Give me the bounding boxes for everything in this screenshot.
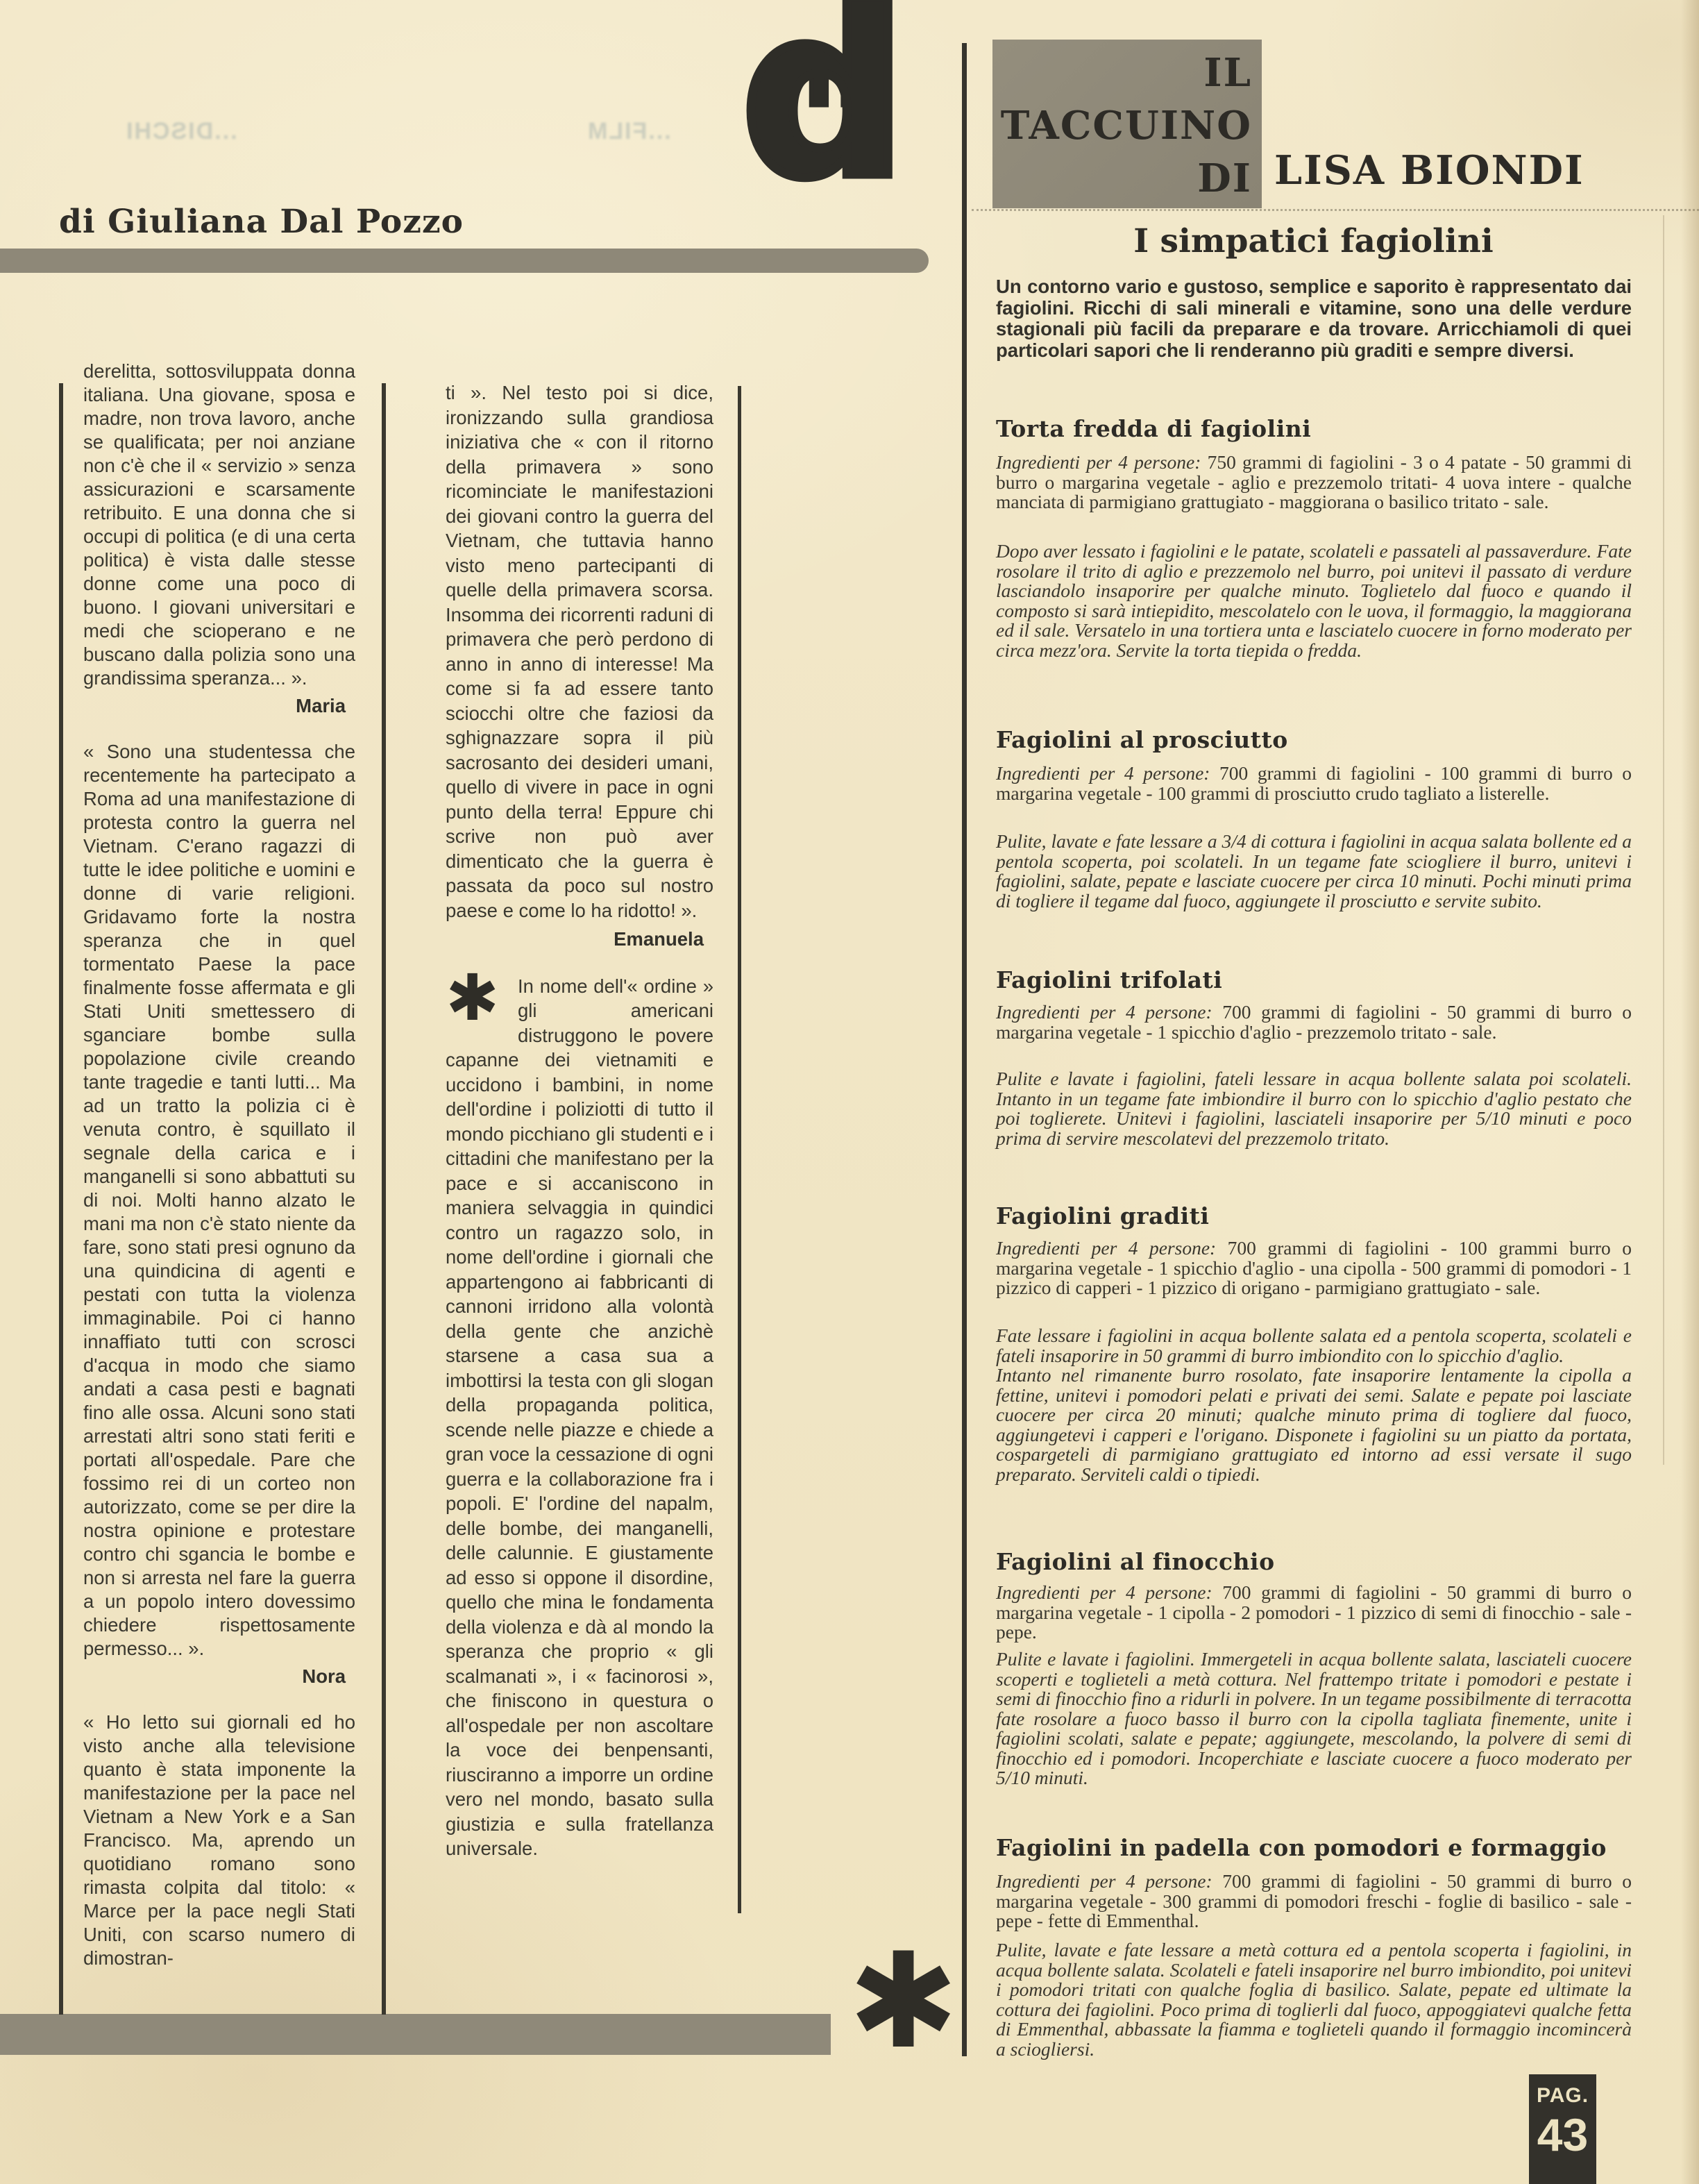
logo-letter-d: d <box>741 0 908 211</box>
page-number-label: PAG. <box>1529 2084 1596 2108</box>
ingredients-label: Ingredienti per 4 persone: <box>996 1870 1212 1892</box>
header-line-il: IL <box>992 47 1252 99</box>
header-underline <box>972 209 1699 211</box>
recipe-ingredients: Ingredienti per 4 persone: 700 grammi di… <box>996 1002 1632 1042</box>
letter-paragraph: « Ho letto sui giornali ed ho visto anch… <box>83 1711 355 1970</box>
recipe-method: Pulite e lavate i fagiolini. Immergeteli… <box>996 1649 1632 1788</box>
letter-paragraph: ti ». Nel testo poi si dice, ironizzando… <box>446 380 713 923</box>
letters-column-1: derelitta, sottosviluppata donna italian… <box>83 360 355 1970</box>
recipe-method: Pulite, lavate e fate lessare a 3/4 di c… <box>996 832 1632 911</box>
recipe-ingredients: Ingredienti per 4 persone: 700 grammi di… <box>996 1872 1632 1931</box>
column-rule-middle <box>738 386 741 1913</box>
header-line-taccuino: TACCUINO <box>992 99 1252 152</box>
letter-paragraph-with-asterisk: ✱In nome dell'« ordine » gli americani d… <box>446 974 713 1861</box>
header-line-di: DI <box>992 152 1252 205</box>
recipe-title: Fagiolini al prosciutto <box>996 726 1288 753</box>
byline: di Giuliana Dal Pozzo <box>59 203 545 241</box>
letter-paragraph: « Sono una studentessa che recentemente … <box>83 740 355 1661</box>
page-number: 43 <box>1529 2108 1596 2162</box>
ghost-text-film: ...FILM <box>586 118 671 145</box>
taccuino-header-box: IL TACCUINO DI <box>992 40 1262 208</box>
letters-column-2: ti ». Nel testo poi si dice, ironizzando… <box>446 380 713 1861</box>
page-edge-shadow <box>1681 0 1699 2184</box>
column-rule-left-inner <box>382 383 386 2015</box>
ingredients-label: Ingredienti per 4 persone: <box>996 1237 1216 1259</box>
recipe-title: Fagiolini graditi <box>996 1202 1209 1229</box>
recipe-ingredients: Ingredienti per 4 persone: 700 grammi di… <box>996 1583 1632 1643</box>
nd-magazine-logo: * n d <box>746 21 940 250</box>
ingredients-label: Ingredienti per 4 persone: <box>996 1581 1212 1603</box>
recipe-ingredients: Ingredienti per 4 persone: 700 grammi di… <box>996 1238 1632 1298</box>
letter-paragraph-text: In nome dell'« ordine » gli americani di… <box>446 975 713 1860</box>
bottom-gray-bar <box>0 2014 831 2055</box>
big-asterisk-icon: ✱ <box>848 1935 958 2067</box>
paper-crease <box>1663 215 1664 1465</box>
page-number-box: PAG. 43 <box>1529 2074 1596 2184</box>
article-intro: Un contorno vario e gustoso, semplice e … <box>996 276 1632 361</box>
recipe-title: Torta fredda di fagiolini <box>996 415 1311 442</box>
recipe-method: Fate lessare i fagiolini in acqua bollen… <box>996 1326 1632 1484</box>
ghost-text-dischi: ...DISCHI <box>125 118 237 145</box>
magazine-page: ...DISCHI ...FILM * n d di Giuliana Dal … <box>0 0 1699 2184</box>
top-gray-bar <box>0 249 929 273</box>
recipe-ingredients: Ingredienti per 4 persone: 750 grammi di… <box>996 453 1632 512</box>
recipe-title: Fagiolini al finocchio <box>996 1548 1275 1575</box>
page-divider-rule <box>962 43 967 2056</box>
column-rule-left-outer <box>59 383 63 2015</box>
recipe-title: Fagiolini trifolati <box>996 966 1222 993</box>
letter-signature: Nora <box>83 1665 355 1688</box>
recipe-method: Dopo aver lessato i fagiolini e le patat… <box>996 541 1632 660</box>
decorative-asterisk-icon: ✱ <box>446 974 518 1027</box>
article-title: I simpatici fagiolini <box>996 222 1631 260</box>
ingredients-label: Ingredienti per 4 persone: <box>996 762 1210 784</box>
recipe-title: Fagiolini in padella con pomodori e form… <box>996 1834 1607 1861</box>
ingredients-label: Ingredienti per 4 persone: <box>996 1001 1212 1023</box>
letter-signature: Emanuela <box>446 927 713 952</box>
ingredients-label: Ingredienti per 4 persone: <box>996 451 1201 473</box>
column-author: LISA BIONDI <box>1274 147 1584 194</box>
recipe-method: Pulite, lavate e fate lessare a metà cot… <box>996 1940 1632 2059</box>
letter-paragraph: derelitta, sottosviluppata donna italian… <box>83 360 355 690</box>
recipe-method: Pulite e lavate i fagiolini, fateli less… <box>996 1069 1632 1148</box>
recipe-ingredients: Ingredienti per 4 persone: 700 grammi di… <box>996 764 1632 803</box>
letter-signature: Maria <box>83 694 355 718</box>
